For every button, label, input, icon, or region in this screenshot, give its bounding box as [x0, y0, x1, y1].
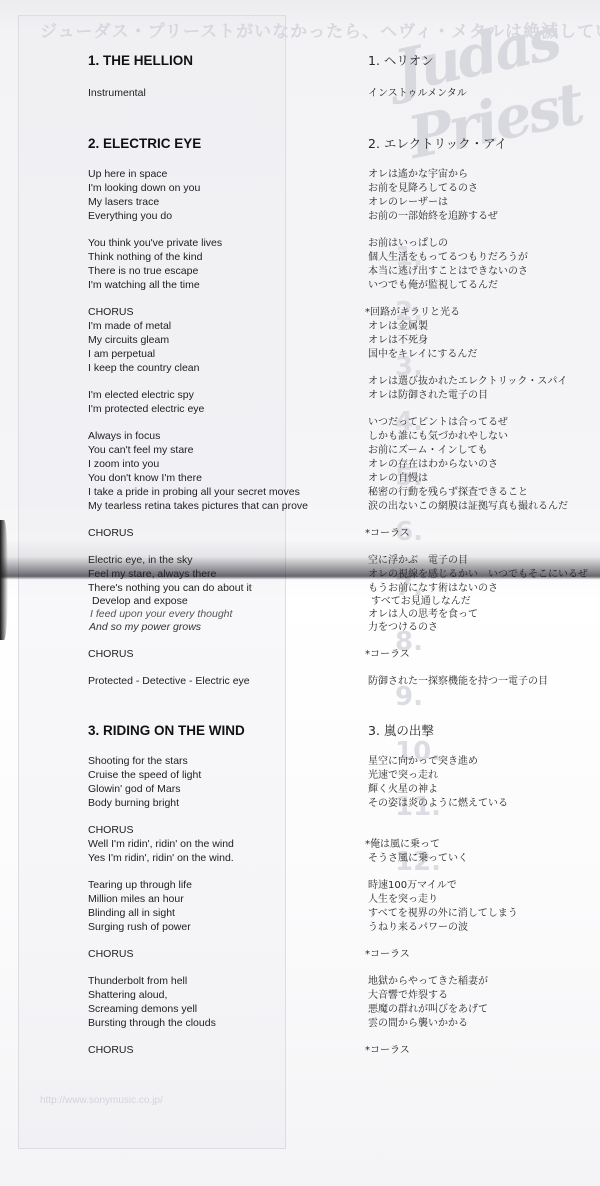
chorus-label: CHORUS — [88, 948, 134, 961]
lyric-line: 星空に向かって突き進め — [368, 755, 478, 768]
lyric-line: いつでも俺が監視してるんだ — [368, 279, 498, 292]
chorus-label: CHORUS — [88, 306, 134, 319]
lyric-line: 雲の間から襲いかかる — [368, 1017, 468, 1030]
lyric-line: Bursting through the clouds — [88, 1017, 216, 1030]
lyric-line: オレは人の思考を食って — [368, 608, 478, 621]
lyric-line: I'm looking down on you — [88, 182, 200, 195]
chorus-label: CHORUS — [88, 824, 134, 837]
lyric-line: 光速で突っ走れ — [368, 769, 438, 782]
lyric-line: Cruise the speed of light — [88, 769, 201, 782]
booklet-page: ジューダス・プリーストがいなかったら、ヘヴィ・メタルは絶滅していただろう Jud… — [0, 0, 600, 1186]
lyric-line: Protected - Detective - Electric eye — [88, 675, 250, 688]
lyric-line: Everything you do — [88, 210, 172, 223]
bleed-track-number: 6. — [395, 505, 585, 560]
chorus-label: CHORUS — [88, 648, 134, 661]
chorus-label: *コーラス — [365, 948, 410, 961]
lyric-line: Screaming demons yell — [88, 1003, 197, 1016]
song-title: 3. 嵐の出撃 — [368, 724, 434, 737]
lyric-line: 個人生活をもってるつもりだろうが — [368, 251, 528, 264]
lyric-line: オレの視線を感じるかい いつでもそこにいるぜ — [368, 568, 588, 581]
lyric-line: Shooting for the stars — [88, 755, 188, 768]
lyric-line: Up here in space — [88, 168, 167, 181]
lyric-line: My circuits gleam — [88, 334, 169, 347]
song-title: 1. THE HELLION — [88, 54, 193, 67]
chorus-label: *コーラス — [365, 527, 410, 540]
lyric-line: しかも誰にも気づかれやしない — [368, 430, 508, 443]
lyric-line: There's nothing you can do about it — [88, 582, 252, 595]
lyric-line: I'm made of metal — [88, 320, 171, 333]
lyric-line: 防御された一探察機能を持つ一電子の目 — [368, 675, 548, 688]
lyric-line: *回路がキラリと光る — [365, 306, 460, 319]
lyric-line: My tearless retina takes pictures that c… — [88, 500, 308, 513]
lyric-line: オレは遙かな宇宙から — [368, 168, 468, 181]
lyric-line: すべてお見通しなんだ — [371, 595, 471, 608]
lyric-line: オレは不死身 — [368, 334, 428, 347]
lyric-line: Shattering aloud, — [88, 989, 167, 1002]
lyric-line: You don't know I'm there — [88, 472, 202, 485]
lyric-line: 力をつけるのさ — [368, 621, 438, 634]
lyric-line: Surging rush of power — [88, 921, 191, 934]
lyric-line: 悪魔の群れが叫びをあげて — [368, 1003, 488, 1016]
chorus-label: *コーラス — [365, 648, 410, 661]
lyric-line: いつだってピントは合ってるぜ — [368, 416, 508, 429]
lyric-line: Feel my stare, always there — [88, 568, 216, 581]
lyric-line: すべてを視界の外に消してしまう — [368, 907, 518, 920]
bleed-through-footer: http://www.sonymusic.co.jp/ — [40, 1095, 163, 1106]
lyric-line: Electric eye, in the sky — [88, 554, 192, 567]
chorus-label: CHORUS — [88, 1044, 134, 1057]
lyric-line: Develop and expose — [92, 595, 188, 608]
lyric-line: Well I'm ridin', ridin' on the wind — [88, 838, 234, 851]
lyric-line: その姿は炎のように燃えている — [368, 797, 508, 810]
lyric-line: Blinding all in sight — [88, 907, 175, 920]
lyric-line: オレは防御された電子の目 — [368, 389, 488, 402]
lyric-line: お前の一部始終を追跡するぜ — [368, 210, 498, 223]
lyric-line: お前はいっぱしの — [368, 237, 448, 250]
chorus-label: *コーラス — [365, 1044, 410, 1057]
chorus-label: CHORUS — [88, 527, 134, 540]
lyric-line: I'm protected electric eye — [88, 403, 204, 416]
lyric-line: もうお前になす術はないのさ — [368, 582, 498, 595]
lyric-line: I feed upon your every thought — [90, 608, 232, 621]
lyric-line: 時速100万マイルで — [368, 879, 457, 892]
lyric-line: Body burning bright — [88, 797, 179, 810]
lyric-line: インストゥルメンタル — [368, 87, 467, 100]
song-title: 2. ELECTRIC EYE — [88, 137, 201, 150]
lyric-line: オレの自慢は — [368, 472, 428, 485]
lyric-line: You can't feel my stare — [88, 444, 194, 457]
lyric-line: There is no true escape — [88, 265, 198, 278]
lyric-line: Instrumental — [88, 87, 146, 100]
page-fold-edge — [0, 520, 8, 640]
lyric-line: 本当に逃げ出すことはできないのさ — [368, 265, 528, 278]
song-title: 3. RIDING ON THE WIND — [88, 724, 245, 737]
song-title: 1. ヘリオン — [368, 54, 434, 67]
lyric-line: オレは選び抜かれたエレクトリック・スパイ — [368, 375, 567, 388]
lyric-line: オレの存在はわからないのさ — [368, 458, 498, 471]
lyric-line: 輝く火星の神よ — [368, 783, 438, 796]
lyric-line: Million miles an hour — [88, 893, 184, 906]
lyric-line: お前にズーム・インしても — [368, 444, 488, 457]
lyric-line: 涙の出ないこの網膜は証拠写真も撮れるんだ — [368, 500, 568, 513]
lyric-line: You think you've private lives — [88, 237, 222, 250]
lyric-line: そうさ風に乗っていく — [368, 852, 468, 865]
lyric-line: *俺は風に乗って — [365, 838, 440, 851]
lyric-line: Always in focus — [88, 430, 160, 443]
lyric-line: Yes I'm ridin', ridin' on the wind. — [88, 852, 234, 865]
lyric-line: 空に浮かぶ 電子の目 — [368, 554, 468, 567]
lyric-line: I take a pride in probing all your secre… — [88, 486, 300, 499]
lyric-line: お前を見降ろしてるのさ — [368, 182, 478, 195]
lyric-line: Glowin' god of Mars — [88, 783, 180, 796]
lyric-line: 国中をキレイにするんだ — [368, 348, 477, 361]
lyric-line: I zoom into you — [88, 458, 159, 471]
lyric-line: I'm elected electric spy — [88, 389, 194, 402]
lyric-line: Thunderbolt from hell — [88, 975, 187, 988]
lyric-line: うねり来るパワーの波 — [368, 921, 468, 934]
song-title: 2. エレクトリック・アイ — [368, 137, 507, 150]
lyric-line: My lasers trace — [88, 196, 159, 209]
lyric-line: 地獄からやってきた稲妻が — [368, 975, 488, 988]
lyric-line: 人生を突っ走り — [368, 893, 438, 906]
lyric-line: オレのレーザーは — [368, 196, 448, 209]
lyric-line: I am perpetual — [88, 348, 155, 361]
lyric-line: Tearing up through life — [88, 879, 192, 892]
lyric-line: Think nothing of the kind — [88, 251, 202, 264]
lyric-line: And so my power grows — [89, 621, 201, 634]
lyric-line: 秘密の行動を残らず探査できること — [368, 486, 528, 499]
lyric-line: I keep the country clean — [88, 362, 200, 375]
lyric-line: オレは金属製 — [368, 320, 428, 333]
lyric-line: I'm watching all the time — [88, 279, 200, 292]
lyric-line: 大音響で炸裂する — [368, 989, 448, 1002]
